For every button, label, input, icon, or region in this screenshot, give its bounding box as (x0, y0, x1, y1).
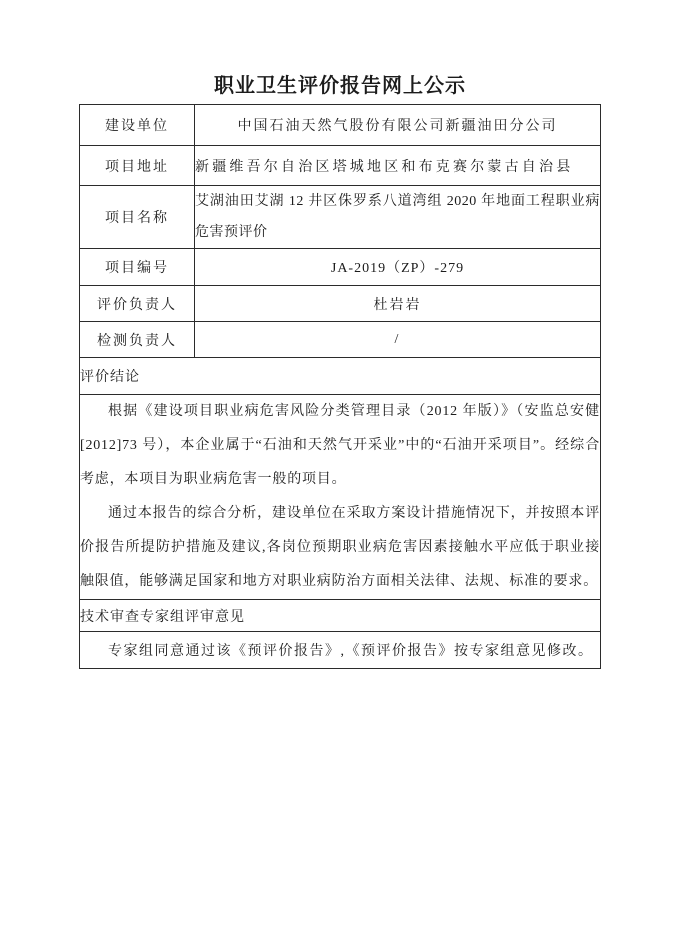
table-row-conclusion-header: 评价结论 (80, 358, 601, 395)
row-value-project-name: 艾湖油田艾湖 12 井区侏罗系八道湾组 2020 年地面工程职业病危害预评价 (195, 186, 601, 249)
row-label-project-number: 项目编号 (80, 249, 195, 286)
row-label-evaluation-leader: 评价负责人 (80, 286, 195, 322)
conclusion-paragraph-1: 根据《建设项目职业病危害风险分类管理目录（2012 年版）》（安监总安健[201… (80, 395, 600, 497)
row-label-project-address: 项目地址 (80, 146, 195, 186)
table-row-evaluation-leader: 评价负责人 杜岩岩 (80, 286, 601, 322)
conclusion-body-cell: 根据《建设项目职业病危害风险分类管理目录（2012 年版）》（安监总安健[201… (80, 395, 601, 600)
row-value-project-number: JA-2019（ZP）-279 (195, 249, 601, 286)
row-value-evaluation-leader: 杜岩岩 (195, 286, 601, 322)
table-row-testing-leader: 检测负责人 / (80, 322, 601, 358)
conclusion-header-label: 评价结论 (80, 358, 601, 395)
table-row-conclusion-body: 根据《建设项目职业病危害风险分类管理目录（2012 年版）》（安监总安健[201… (80, 395, 601, 600)
table-row-construction-unit: 建设单位 中国石油天然气股份有限公司新疆油田分公司 (80, 105, 601, 146)
document-page: 职业卫生评价报告网上公示 建设单位 中国石油天然气股份有限公司新疆油田分公司 项… (0, 0, 680, 948)
row-value-testing-leader: / (195, 322, 601, 358)
table-row-expert-opinion: 专家组同意通过该《预评价报告》,《预评价报告》按专家组意见修改。 (80, 632, 601, 669)
expert-header-label: 技术审查专家组评审意见 (80, 600, 601, 632)
conclusion-paragraph-2: 通过本报告的综合分析，建设单位在采取方案设计措施情况下，并按照本评价报告所提防护… (80, 497, 600, 599)
page-title: 职业卫生评价报告网上公示 (0, 0, 680, 100)
publicity-table: 建设单位 中国石油天然气股份有限公司新疆油田分公司 项目地址 新疆维吾尔自治区塔… (79, 104, 601, 669)
row-value-project-address: 新疆维吾尔自治区塔城地区和布克赛尔蒙古自治县 (195, 146, 601, 186)
row-label-testing-leader: 检测负责人 (80, 322, 195, 358)
table-row-expert-header: 技术审查专家组评审意见 (80, 600, 601, 632)
expert-opinion-text: 专家组同意通过该《预评价报告》,《预评价报告》按专家组意见修改。 (80, 632, 601, 669)
row-value-construction-unit: 中国石油天然气股份有限公司新疆油田分公司 (195, 105, 601, 146)
table-row-project-address: 项目地址 新疆维吾尔自治区塔城地区和布克赛尔蒙古自治县 (80, 146, 601, 186)
table-row-project-name: 项目名称 艾湖油田艾湖 12 井区侏罗系八道湾组 2020 年地面工程职业病危害… (80, 186, 601, 249)
row-label-project-name: 项目名称 (80, 186, 195, 249)
row-label-construction-unit: 建设单位 (80, 105, 195, 146)
table-row-project-number: 项目编号 JA-2019（ZP）-279 (80, 249, 601, 286)
